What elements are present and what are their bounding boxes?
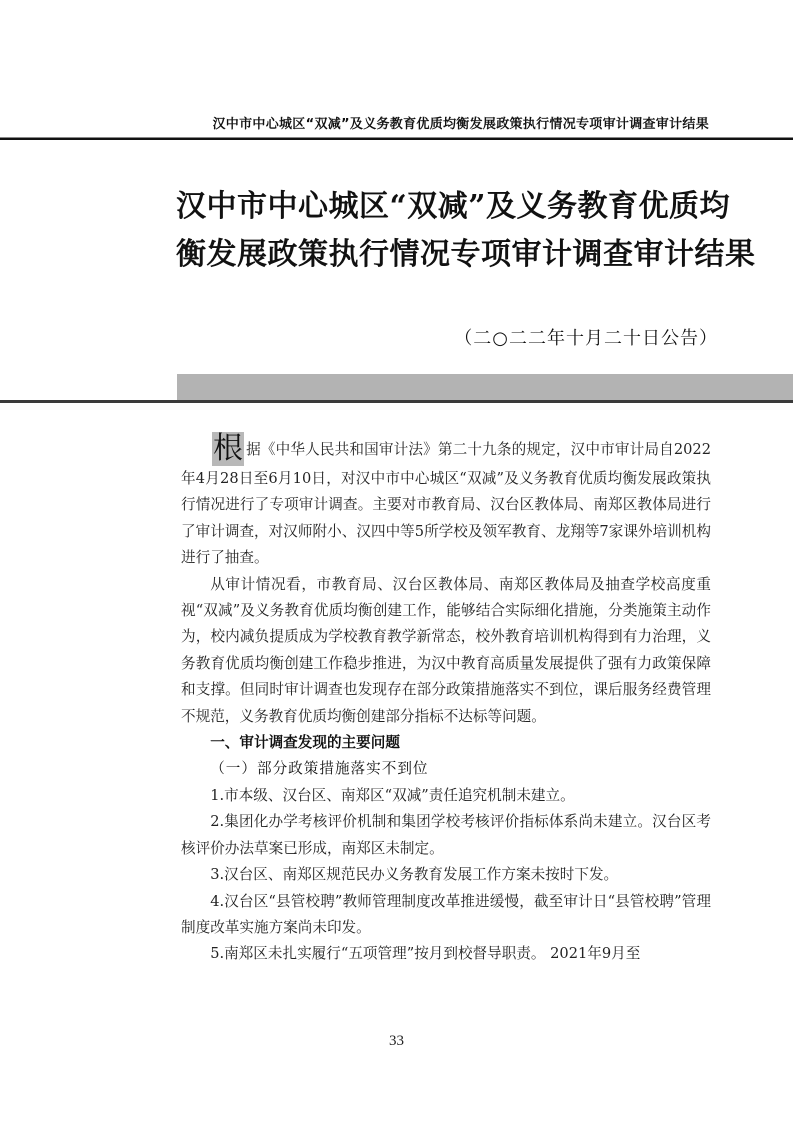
header-rule (0, 137, 793, 140)
decorative-gray-band (177, 374, 793, 400)
list-item: 4.汉台区“县管校聘”教师管理制度改革推进缓慢，截至审计日“县管校聘”管理制度改… (181, 889, 711, 942)
list-item: 3.汉台区、南郑区规范民办义务教育发展工作方案未按时下发。 (181, 862, 711, 888)
page-number: 33 (0, 1033, 793, 1050)
title-line-1: 汉中市中心城区“双减”及义务教育优质均 (176, 183, 736, 231)
announcement-date: （二○二二年十月二十日公告） (454, 324, 718, 350)
section-rule (0, 400, 793, 403)
subsection-heading: （一）部分政策措施落实不到位 (181, 756, 711, 782)
list-item: 5.南郑区未扎实履行“五项管理”按月到校督导职责。 2021年9月至 (181, 941, 711, 967)
running-header: 汉中市中心城区“双减”及义务教育优质均衡发展政策执行情况专项审计调查审计结果 (0, 113, 793, 133)
paragraph-summary: 从审计情况看，市教育局、汉台区教体局、南郑区教体局及抽查学校高度重视“双减”及义… (181, 572, 711, 730)
drop-cap: 根 (212, 432, 244, 466)
document-title: 汉中市中心城区“双减”及义务教育优质均 衡发展政策执行情况专项审计调查审计结果 (176, 183, 736, 279)
section-heading: 一、审计调查发现的主要问题 (181, 730, 711, 756)
list-item: 2.集团化办学考核评价机制和集团学校考核评价指标体系尚未建立。汉台区考核评价办法… (181, 809, 711, 862)
running-header-text: 汉中市中心城区“双减”及义务教育优质均衡发展政策执行情况专项审计调查审计结果 (213, 113, 710, 132)
title-line-2: 衡发展政策执行情况专项审计调查审计结果 (176, 231, 736, 279)
paragraph-intro: 根据《中华人民共和国审计法》第二十九条的规定，汉中市审计局自2022年4月28日… (181, 432, 711, 572)
list-item: 1.市本级、汉台区、南郑区“双减”责任追究机制未建立。 (181, 783, 711, 809)
paragraph-intro-text: 据《中华人民共和国审计法》第二十九条的规定，汉中市审计局自2022年4月28日至… (181, 441, 711, 566)
document-body: 根据《中华人民共和国审计法》第二十九条的规定，汉中市审计局自2022年4月28日… (181, 432, 711, 968)
